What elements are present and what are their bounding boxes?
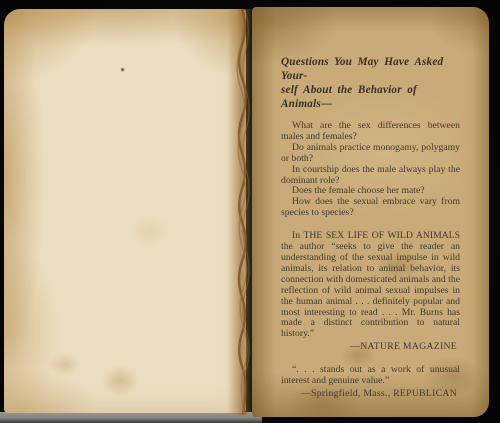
review-attribution: —NATURE MAGAZINE <box>281 342 460 353</box>
question-2: Do animals practice monogamy, polygamy o… <box>281 143 460 165</box>
question-5: How does the sexual embrace vary from sp… <box>281 197 460 219</box>
quote-paragraph: “. . . stands out as a work of unusual i… <box>281 365 460 387</box>
question-3: In courtship does the male always play t… <box>281 165 460 187</box>
heading-line-1: Questions You May Have Asked Your- <box>281 56 443 82</box>
question-1: What are the sex differences between mal… <box>281 121 460 143</box>
page-heading: Questions You May Have Asked Your-self A… <box>281 55 460 111</box>
quote-attribution: —Springfield, Mass., REPUBLICAN <box>281 389 460 400</box>
left-page-blank <box>4 9 246 413</box>
review-paragraph: In THE SEX LIFE OF WILD ANIMALS the auth… <box>281 231 460 340</box>
table-surface-edge <box>0 412 262 423</box>
photo-background: Questions You May Have Asked Your-self A… <box>0 0 500 423</box>
page-text-block: Questions You May Have Asked Your-self A… <box>252 7 489 400</box>
heading-line-2: self About the Behavior of Animals— <box>281 84 417 110</box>
right-page: Questions You May Have Asked Your-self A… <box>252 7 489 417</box>
